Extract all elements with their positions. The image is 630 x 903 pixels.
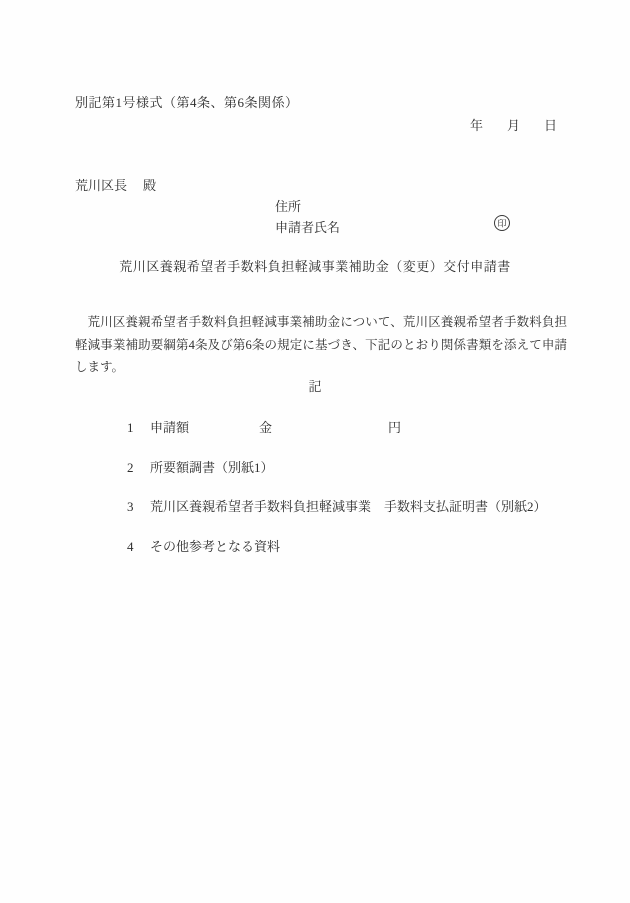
list-item-application-amount: 1申請額金円 bbox=[127, 417, 401, 436]
addressee-name: 荒川区長 bbox=[75, 178, 127, 193]
day-label: 日 bbox=[544, 118, 557, 133]
seal-mark-icon: 印 bbox=[494, 215, 510, 231]
year-label: 年 bbox=[470, 118, 483, 133]
item-number: 3 bbox=[127, 499, 150, 515]
list-item-required-amount-report: 2所要額調書（別紙1） bbox=[127, 457, 274, 476]
applicant-address-label: 住所 bbox=[275, 196, 301, 215]
document-title: 荒川区養親希望者手数料負担軽減事業補助金（変更）交付申請書 bbox=[0, 256, 630, 275]
item-number: 2 bbox=[127, 460, 150, 476]
item-label: 荒川区養親希望者手数料負担軽減事業 手数料支払証明書（別紙2） bbox=[150, 499, 547, 514]
list-item-other-reference-materials: 4その他参考となる資料 bbox=[127, 536, 280, 555]
item-number: 4 bbox=[127, 539, 150, 555]
body-paragraph: 荒川区養親希望者手数料負担軽減事業補助金について、荒川区養親希望者手数料負担軽減… bbox=[75, 311, 567, 379]
list-item-fee-payment-certificate: 3荒川区養親希望者手数料負担軽減事業 手数料支払証明書（別紙2） bbox=[127, 496, 547, 515]
item-number: 1 bbox=[127, 420, 150, 436]
record-marker: 記 bbox=[0, 376, 630, 395]
amount-prefix: 金 bbox=[259, 420, 272, 435]
applicant-name-label: 申請者氏名 bbox=[275, 217, 340, 236]
item-label: 申請額 bbox=[150, 420, 189, 435]
date-line: 年月日 bbox=[470, 115, 557, 134]
amount-unit: 円 bbox=[388, 420, 401, 435]
form-number-line: 別記第1号様式（第4条、第6条関係） bbox=[75, 92, 299, 111]
month-label: 月 bbox=[507, 118, 520, 133]
addressee-honorific: 殿 bbox=[143, 178, 156, 193]
item-label: その他参考となる資料 bbox=[150, 539, 280, 554]
document-page: 別記第1号様式（第4条、第6条関係） 年月日 荒川区長殿 住所 申請者氏名 印 … bbox=[0, 0, 630, 903]
seal-text: 印 bbox=[497, 219, 506, 228]
item-label: 所要額調書（別紙1） bbox=[150, 460, 274, 475]
addressee-line: 荒川区長殿 bbox=[75, 175, 156, 194]
